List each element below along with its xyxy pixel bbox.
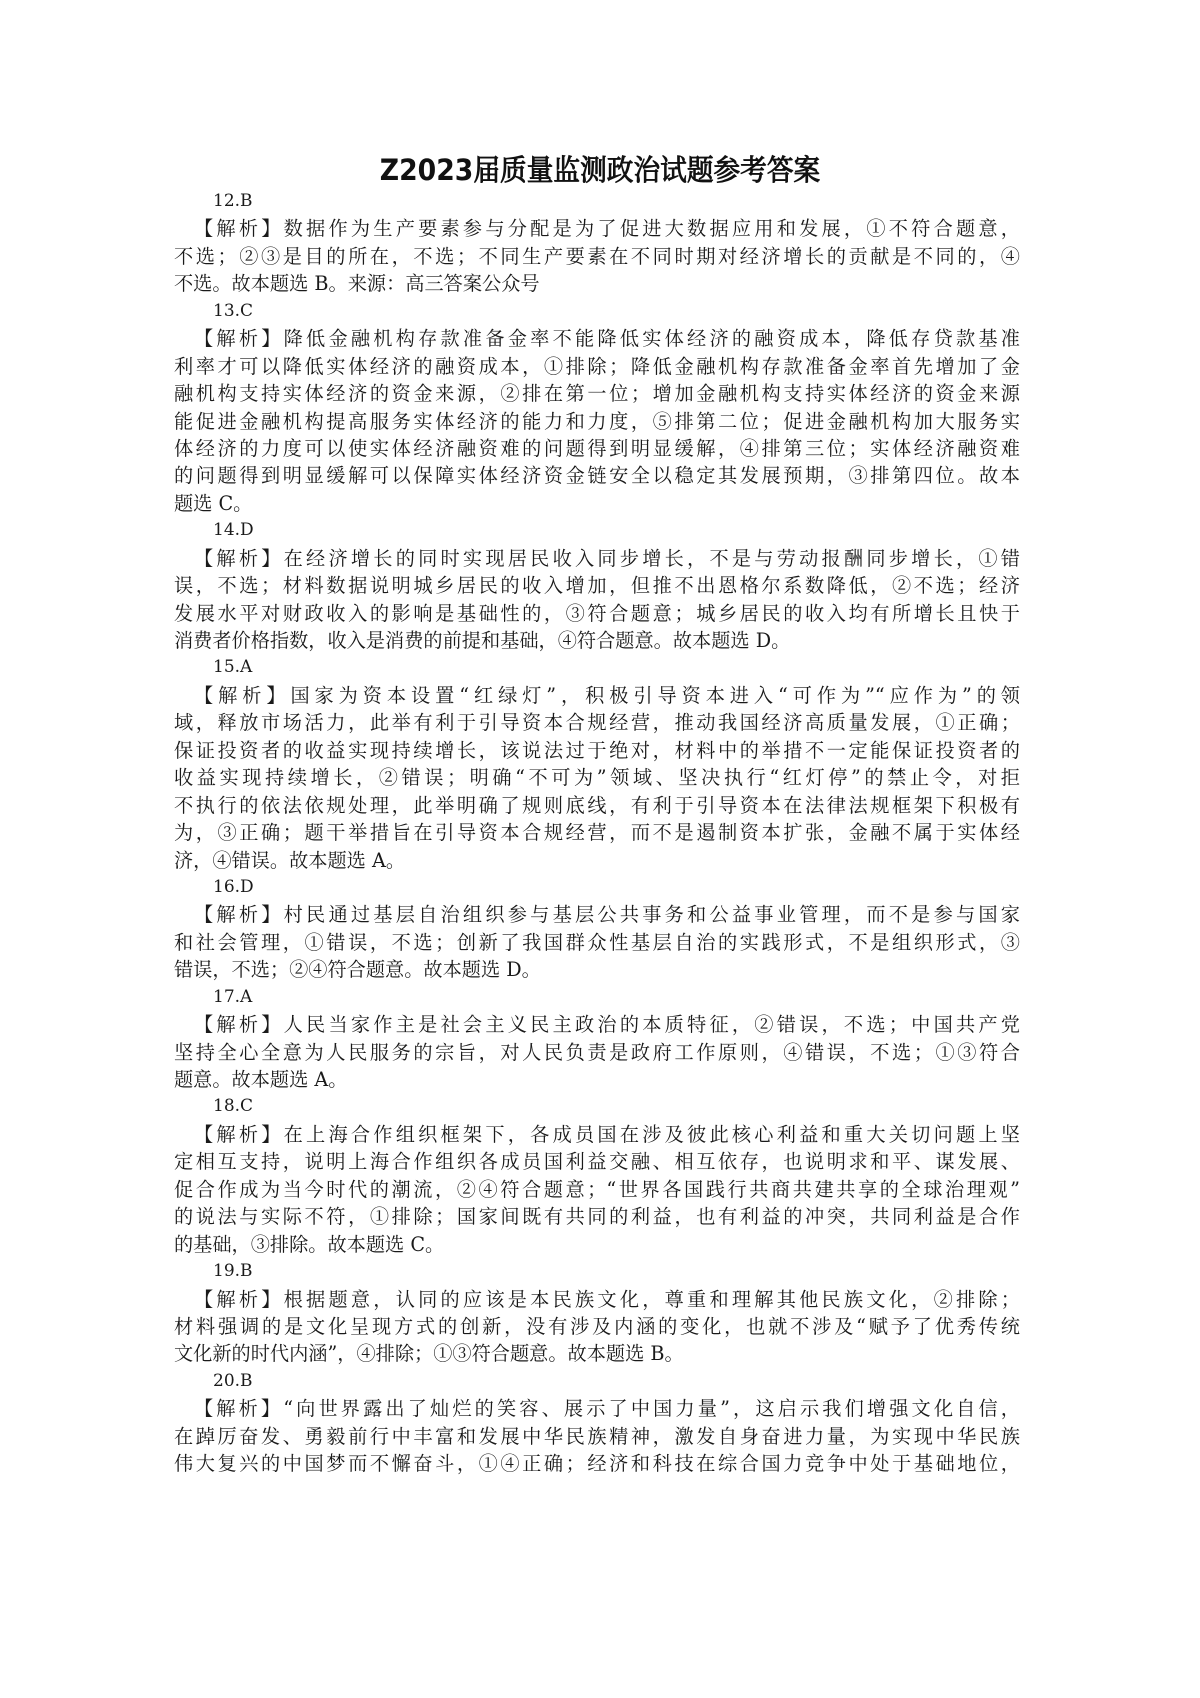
analysis-line: 收益实现持续增长，②错误；明确“不可为”领域、坚决执行“红灯停”的禁止令，对拒 [174, 764, 1020, 791]
document-page: Z2023届质量监测政治试题参考答案 12.B【解析】数据作为生产要素参与分配是… [0, 0, 1200, 1698]
analysis-line: 济，④错误。故本题选 A。 [174, 847, 1020, 874]
analysis-line-first: 【解析】国家为资本设置“红绿灯”，积极引导资本进入“可作为”“应作为”的领 [174, 682, 1020, 709]
analysis-line-first: 【解析】村民通过基层自治组织参与基层公共事务和公益事业管理，而不是参与国家 [174, 901, 1020, 928]
analysis-line: 利率才可以降低实体经济的融资成本，①排除；降低金融机构存款准备金率首先增加了金 [174, 353, 1020, 380]
analysis-line-first: 【解析】在上海合作组织框架下，各成员国在涉及彼此核心利益和重大关切问题上坚 [174, 1121, 1020, 1148]
analysis-line: 误，不选；材料数据说明城乡居民的收入增加，但推不出恩格尔系数降低，②不选；经济 [174, 572, 1020, 599]
answer-block: 15.A【解析】国家为资本设置“红绿灯”，积极引导资本进入“可作为”“应作为”的… [174, 654, 1020, 874]
answer-number: 16.D [174, 874, 1020, 901]
analysis-line-first: 【解析】根据题意，认同的应该是本民族文化，尊重和理解其他民族文化，②排除； [174, 1286, 1020, 1313]
analysis-line: 的基础，③排除。故本题选 C。 [174, 1231, 1020, 1258]
analysis-line: 能促进金融机构提高服务实体经济的能力和力度，⑤排第二位；促进金融机构加大服务实 [174, 408, 1020, 435]
analysis-line-first: 【解析】在经济增长的同时实现居民收入同步增长，不是与劳动报酬同步增长，①错 [174, 545, 1020, 572]
answer-block: 20.B【解析】“向世界露出了灿烂的笑容、展示了中国力量”，这启示我们增强文化自… [174, 1368, 1020, 1478]
answer-number: 15.A [174, 654, 1020, 681]
analysis-line: 为，③正确；题干举措旨在引导资本合规经营，而不是遏制资本扩张，金融不属于实体经 [174, 819, 1020, 846]
answer-number: 13.C [174, 298, 1020, 325]
analysis-line: 和社会管理，①错误，不选；创新了我国群众性基层自治的实践形式，不是组织形式，③ [174, 929, 1020, 956]
analysis-line: 域，释放市场活力，此举有利于引导资本合规经营，推动我国经济高质量发展，①正确； [174, 709, 1020, 736]
answer-number: 12.B [174, 188, 1020, 215]
analysis-line: 错误，不选；②④符合题意。故本题选 D。 [174, 956, 1020, 983]
analysis-line: 的问题得到明显缓解可以保障实体经济资金链安全以稳定其发展预期，③排第四位。故本 [174, 462, 1020, 489]
analysis-line: 融机构支持实体经济的资金来源，②排在第一位；增加金融机构支持实体经济的资金来源 [174, 380, 1020, 407]
answer-number: 14.D [174, 517, 1020, 544]
answer-number: 17.A [174, 984, 1020, 1011]
analysis-line: 的说法与实际不符，①排除；国家间既有共同的利益，也有利益的冲突，共同利益是合作 [174, 1203, 1020, 1230]
analysis-line-first: 【解析】数据作为生产要素参与分配是为了促进大数据应用和发展，①不符合题意， [174, 215, 1020, 242]
answer-block: 13.C【解析】降低金融机构存款准备金率不能降低实体经济的融资成本，降低存贷款基… [174, 298, 1020, 518]
answer-number: 20.B [174, 1368, 1020, 1395]
analysis-line: 材料强调的是文化呈现方式的创新，没有涉及内涵的变化，也就不涉及“赋予了优秀传统 [174, 1313, 1020, 1340]
analysis-line: 在踔厉奋发、勇毅前行中丰富和发展中华民族精神，激发自身奋进力量，为实现中华民族 [174, 1423, 1020, 1450]
analysis-line: 定相互支持，说明上海合作组织各成员国利益交融、相互依存，也说明求和平、谋发展、 [174, 1148, 1020, 1175]
answer-block: 12.B【解析】数据作为生产要素参与分配是为了促进大数据应用和发展，①不符合题意… [174, 188, 1020, 298]
analysis-line: 体经济的力度可以使实体经济融资难的问题得到明显缓解，④排第三位；实体经济融资难 [174, 435, 1020, 462]
answer-block: 16.D【解析】村民通过基层自治组织参与基层公共事务和公益事业管理，而不是参与国… [174, 874, 1020, 984]
analysis-line: 不执行的依法依规处理，此举明确了规则底线，有利于引导资本在法律法规框架下积极有 [174, 792, 1020, 819]
analysis-line: 消费者价格指数，收入是消费的前提和基础，④符合题意。故本题选 D。 [174, 627, 1020, 654]
answer-block: 19.B【解析】根据题意，认同的应该是本民族文化，尊重和理解其他民族文化，②排除… [174, 1258, 1020, 1368]
answer-block: 14.D【解析】在经济增长的同时实现居民收入同步增长，不是与劳动报酬同步增长，①… [174, 517, 1020, 654]
answer-block: 17.A【解析】人民当家作主是社会主义民主政治的本质特征，②错误，不选；中国共产… [174, 984, 1020, 1094]
answer-number: 18.C [174, 1093, 1020, 1120]
analysis-line: 题意。故本题选 A。 [174, 1066, 1020, 1093]
document-title: Z2023届质量监测政治试题参考答案 [48, 148, 1152, 189]
answer-number: 19.B [174, 1258, 1020, 1285]
analysis-line-first: 【解析】降低金融机构存款准备金率不能降低实体经济的融资成本，降低存贷款基准 [174, 325, 1020, 352]
analysis-line: 不选；②③是目的所在，不选；不同生产要素在不同时期对经济增长的贡献是不同的，④ [174, 243, 1020, 270]
analysis-line: 不选。故本题选 B。来源：高三答案公众号 [174, 270, 1020, 297]
analysis-line: 促合作成为当今时代的潮流，②④符合题意；“世界各国践行共商共建共享的全球治理观” [174, 1176, 1020, 1203]
answer-list: 12.B【解析】数据作为生产要素参与分配是为了促进大数据应用和发展，①不符合题意… [174, 188, 1020, 1478]
analysis-line: 题选 C。 [174, 490, 1020, 517]
analysis-line: 伟大复兴的中国梦而不懈奋斗，①④正确；经济和科技在综合国力竞争中处于基础地位， [174, 1450, 1020, 1477]
answer-block: 18.C【解析】在上海合作组织框架下，各成员国在涉及彼此核心利益和重大关切问题上… [174, 1093, 1020, 1258]
analysis-line-first: 【解析】人民当家作主是社会主义民主政治的本质特征，②错误，不选；中国共产党 [174, 1011, 1020, 1038]
analysis-line: 发展水平对财政收入的影响是基础性的，③符合题意；城乡居民的收入均有所增长且快于 [174, 600, 1020, 627]
analysis-line: 文化新的时代内涵”，④排除；①③符合题意。故本题选 B。 [174, 1340, 1020, 1367]
analysis-line-first: 【解析】“向世界露出了灿烂的笑容、展示了中国力量”，这启示我们增强文化自信， [174, 1395, 1020, 1422]
analysis-line: 坚持全心全意为人民服务的宗旨，对人民负责是政府工作原则，④错误，不选；①③符合 [174, 1039, 1020, 1066]
analysis-line: 保证投资者的收益实现持续增长，该说法过于绝对，材料中的举措不一定能保证投资者的 [174, 737, 1020, 764]
